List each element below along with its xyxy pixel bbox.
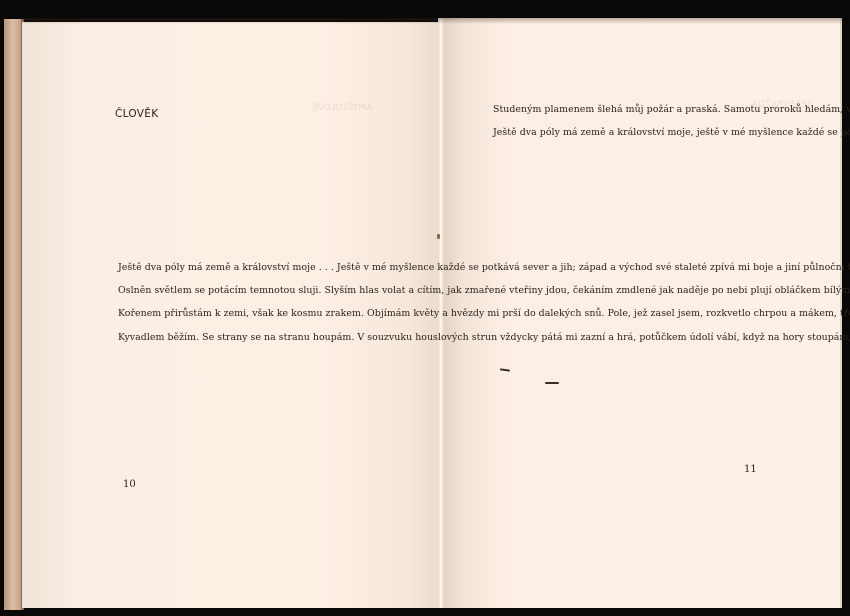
poem-line: čekáním zmdlené jak naděje po nebi plují [573,285,772,296]
ink-mark [545,382,559,384]
book-scan: APOŠTOLOVÉ SEBEVRAŽDA ČLOVĚK Ještě dva p… [0,0,850,616]
right-page-poem: Studeným plamenem šlehá můj požár a pras… [493,104,850,138]
poem-line: a jiní půlnoční tíží keř poledních záhon… [776,262,850,273]
stanza: Oslněn světlem se potácím temnotou sluji… [118,285,850,296]
poem-line: Ještě v mé myšlence každé se potkává sev… [337,262,576,273]
page-number-left: 10 [123,479,136,490]
poem-line: Kyvadlem běžím. Se strany se na stranu h… [118,332,354,343]
poem-line: potůčkem údolí vábí, když na hory stoupá… [639,332,850,343]
stanza: Kořenem přirůstám k zemi, však ke kosmu … [118,308,850,319]
stanza: Ještě dva póly má země a království moje… [493,127,850,138]
bleed-through-heading-left: APOŠTOLOVÉ [312,103,372,113]
poem-line: Slyším hlas volat a cítím, jak zmařené v… [325,285,570,296]
poem-line: Studeným plamenem šlehá můj požár a pras… [493,104,721,115]
poem-title: ČLOVĚK [115,108,158,120]
page-number-right: 11 [744,464,757,475]
top-edge-shadow [21,18,842,24]
poem-line: Ještě dva póly má země a království moje… [118,262,334,273]
poem-line: třebaže velebím rýče a ke kosám žatvy sv… [840,308,850,319]
poem-line: Kořenem přirůstám k zemi, však ke kosmu … [118,308,364,319]
poem-line: Samotu proroků hledám, však prolnut jsem… [724,104,850,115]
poem-line: ještě v mé myšlence každé se potkává sev… [697,127,850,138]
poem-line: Ještě dva póly má země a království moje… [493,127,694,138]
left-page-poem: Ještě dva póly má země a království moje… [118,262,850,343]
poem-line: západ a východ své staleté zpívá mi boje [579,262,774,273]
poem-line: Oslněn světlem se potácím temnotou sluji… [118,285,322,296]
poem-line: Pole, jež zasel jsem, rozkvetlo chrpou a… [608,308,837,319]
poem-line: V souzvuku houslových strun vždycky pátá… [357,332,636,343]
poem-line: Objímám květy a hvězdy mi prší do daleký… [367,308,605,319]
ink-mark [437,234,440,239]
poem-line: obláčkem bílým, však bouří se snášejí zl… [775,285,850,296]
stanza: Ještě dva póly má země a království moje… [118,262,850,273]
stanza: Kyvadlem běžím. Se strany se na stranu h… [118,332,850,343]
stanza: Studeným plamenem šlehá můj požár a pras… [493,104,850,115]
